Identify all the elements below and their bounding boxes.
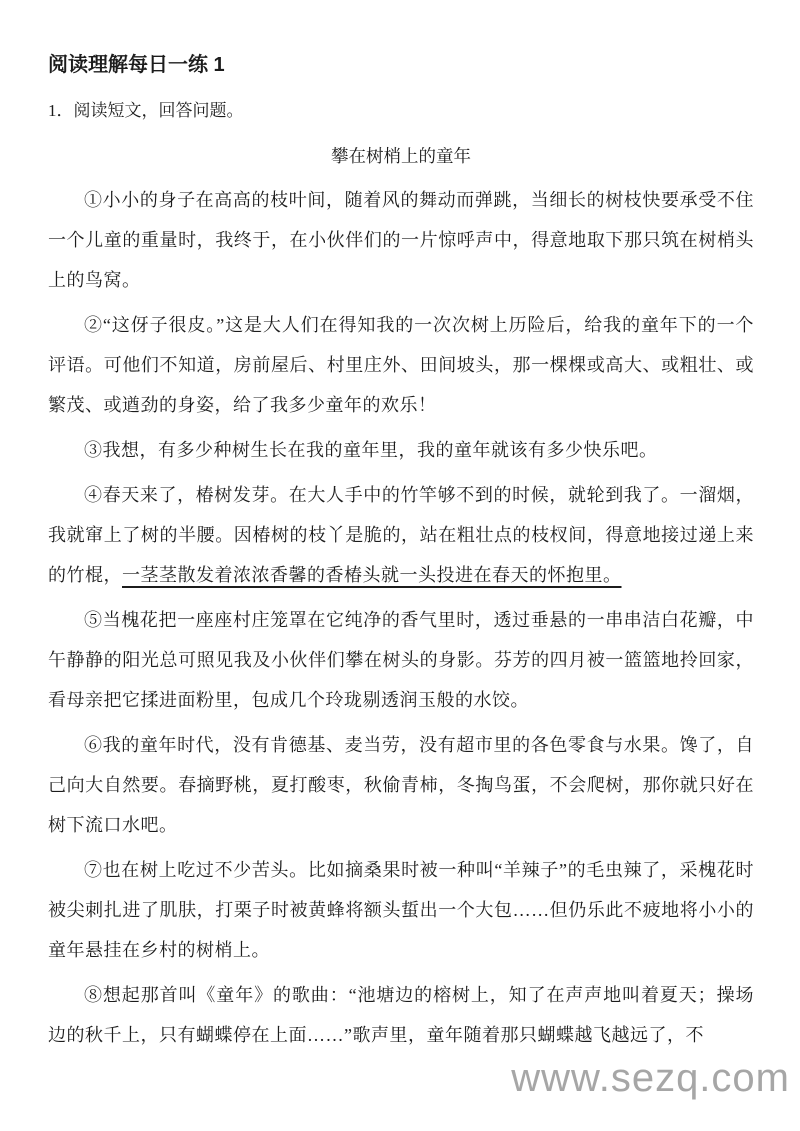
paragraph-text: ⑧想起那首叫《童年》的歌曲：“池塘边的榕树上，知了在声声地叫着夏天；操场边的秋千… (48, 985, 754, 1045)
passage-paragraph: ⑤当槐花把一座座村庄笼罩在它纯净的香气里时，透过垂悬的一串串洁白花瓣，中午静静的… (48, 600, 754, 720)
underlined-sentence: 一茎茎散发着浓浓香馨的香椿头就一头投进在春天的怀抱里。 (122, 565, 632, 585)
passage-paragraph: ⑥我的童年时代，没有肯德基、麦当劳，没有超市里的各色零食与水果。馋了，自己向大自… (48, 725, 754, 845)
page-title: 阅读理解每日一练 1 (48, 52, 754, 78)
exercise-prompt: 1．阅读短文，回答问题。 (48, 98, 754, 124)
passage-paragraph: ③我想，有多少种树生长在我的童年里，我的童年就该有多少快乐吧。 (48, 430, 754, 470)
paragraph-text: ③我想，有多少种树生长在我的童年里，我的童年就该有多少快乐吧。 (84, 440, 658, 460)
document-page: 阅读理解每日一练 1 1．阅读短文，回答问题。 攀在树梢上的童年 ①小小的身子在… (0, 0, 800, 1131)
passage-paragraph: ①小小的身子在高高的枝叶间，随着风的舞动而弹跳，当细长的树枝快要承受不住一个儿童… (48, 180, 754, 300)
paragraph-text: ①小小的身子在高高的枝叶间，随着风的舞动而弹跳，当细长的树枝快要承受不住一个儿童… (48, 190, 754, 290)
paragraph-text: ②“这伢子很皮。”这是大人们在得知我的一次次树上历险后，给我的童年下的一个评语。… (48, 315, 754, 415)
passage-paragraph: ④春天来了，椿树发芽。在大人手中的竹竿够不到的时候，就轮到我了。一溜烟，我就窜上… (48, 475, 754, 595)
paragraph-text: ⑤当槐花把一座座村庄笼罩在它纯净的香气里时，透过垂悬的一串串洁白花瓣，中午静静的… (48, 610, 754, 710)
passage-paragraph: ⑧想起那首叫《童年》的歌曲：“池塘边的榕树上，知了在声声地叫着夏天；操场边的秋千… (48, 975, 754, 1055)
paragraph-text: ⑥我的童年时代，没有肯德基、麦当劳，没有超市里的各色零食与水果。馋了，自己向大自… (48, 735, 754, 835)
passage-paragraphs: ①小小的身子在高高的枝叶间，随着风的舞动而弹跳，当细长的树枝快要承受不住一个儿童… (48, 180, 754, 1055)
paragraph-text: ⑦也在树上吃过不少苦头。比如摘桑果时被一种叫“羊辣子”的毛虫辣了，采槐花时被尖刺… (48, 860, 754, 960)
passage-paragraph: ②“这伢子很皮。”这是大人们在得知我的一次次树上历险后，给我的童年下的一个评语。… (48, 305, 754, 425)
watermark: www.sezq.com (511, 1056, 790, 1100)
document-content: 阅读理解每日一练 1 1．阅读短文，回答问题。 攀在树梢上的童年 ①小小的身子在… (0, 52, 800, 1055)
passage-paragraph: ⑦也在树上吃过不少苦头。比如摘桑果时被一种叫“羊辣子”的毛虫辣了，采槐花时被尖刺… (48, 850, 754, 970)
passage-title: 攀在树梢上的童年 (48, 144, 754, 168)
